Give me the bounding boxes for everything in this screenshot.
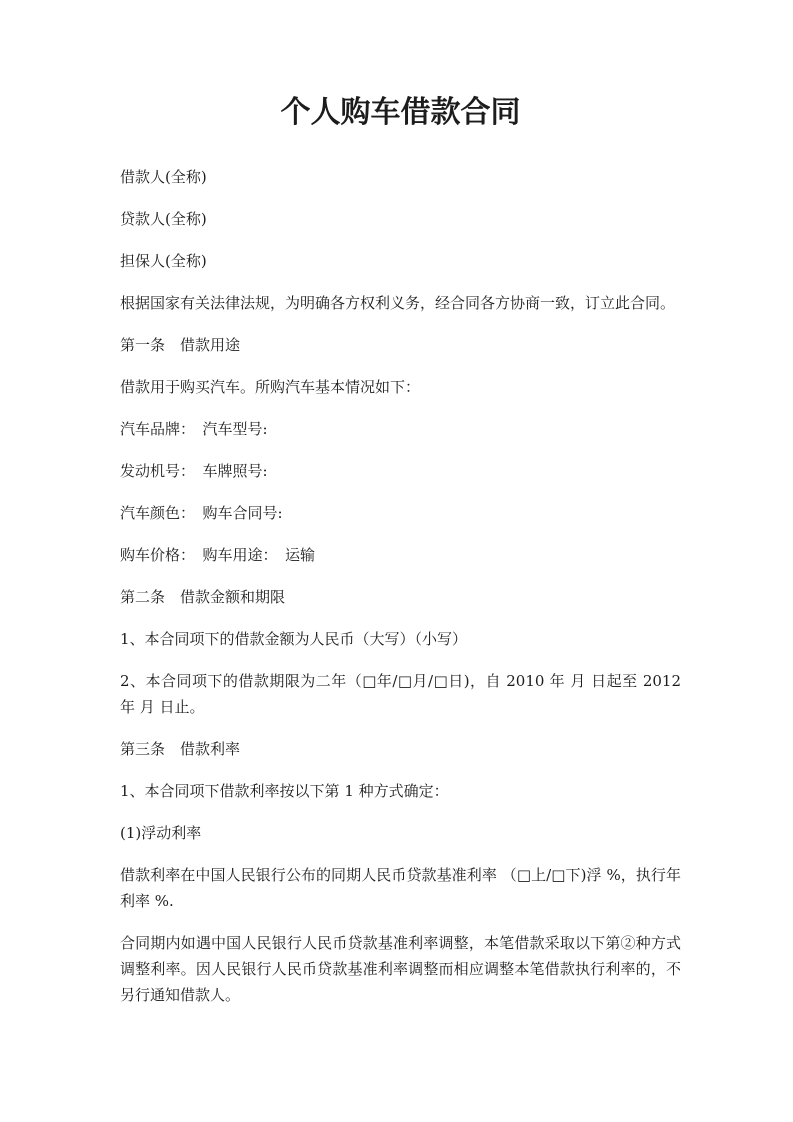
paragraph-rate-detail: 借款利率在中国人民银行公布的同期人民币贷款基准利率 （□上/□下)浮 %，执行年… [120,862,681,914]
paragraph-floating-rate-label: (1)浮动利率 [120,820,681,846]
paragraph-loan-amount: 1、本合同项下的借款金额为人民币（大写）（小写） [120,626,681,652]
document-title: 个人购车借款合同 [120,90,681,136]
paragraph-car-brand-model: 汽车品牌： 汽车型号: [120,416,681,442]
paragraph-loan-purpose: 借款用于购买汽车。所购汽车基本情况如下： [120,374,681,400]
paragraph-borrower: 借款人(全称) [120,164,681,190]
paragraph-loan-term: 2、本合同项下的借款期限为二年（□年/□月/□日)，自 2010 年 月 日起至… [120,668,681,720]
paragraph-engine-plate: 发动机号： 车牌照号: [120,458,681,484]
document-page: 个人购车借款合同 借款人(全称) 贷款人(全称) 担保人(全称) 根据国家有关法… [0,0,793,1122]
heading-article-3: 第三条 借款利率 [120,736,681,762]
paragraph-preamble: 根据国家有关法律法规，为明确各方权利义务，经合同各方协商一致，订立此合同。 [120,290,681,316]
paragraph-color-contract-no: 汽车颜色： 购车合同号: [120,500,681,526]
paragraph-rate-adjustment: 合同期内如遇中国人民银行人民币贷款基准利率调整，本笔借款采取以下第②种方式调整利… [120,930,681,1008]
paragraph-guarantor: 担保人(全称) [120,248,681,274]
paragraph-lender: 贷款人(全称) [120,206,681,232]
heading-article-1: 第一条 借款用途 [120,332,681,358]
heading-article-2: 第二条 借款金额和期限 [120,584,681,610]
paragraph-rate-method: 1、本合同项下借款利率按以下第 1 种方式确定： [120,778,681,804]
paragraph-price-usage: 购车价格： 购车用途： 运输 [120,542,681,568]
